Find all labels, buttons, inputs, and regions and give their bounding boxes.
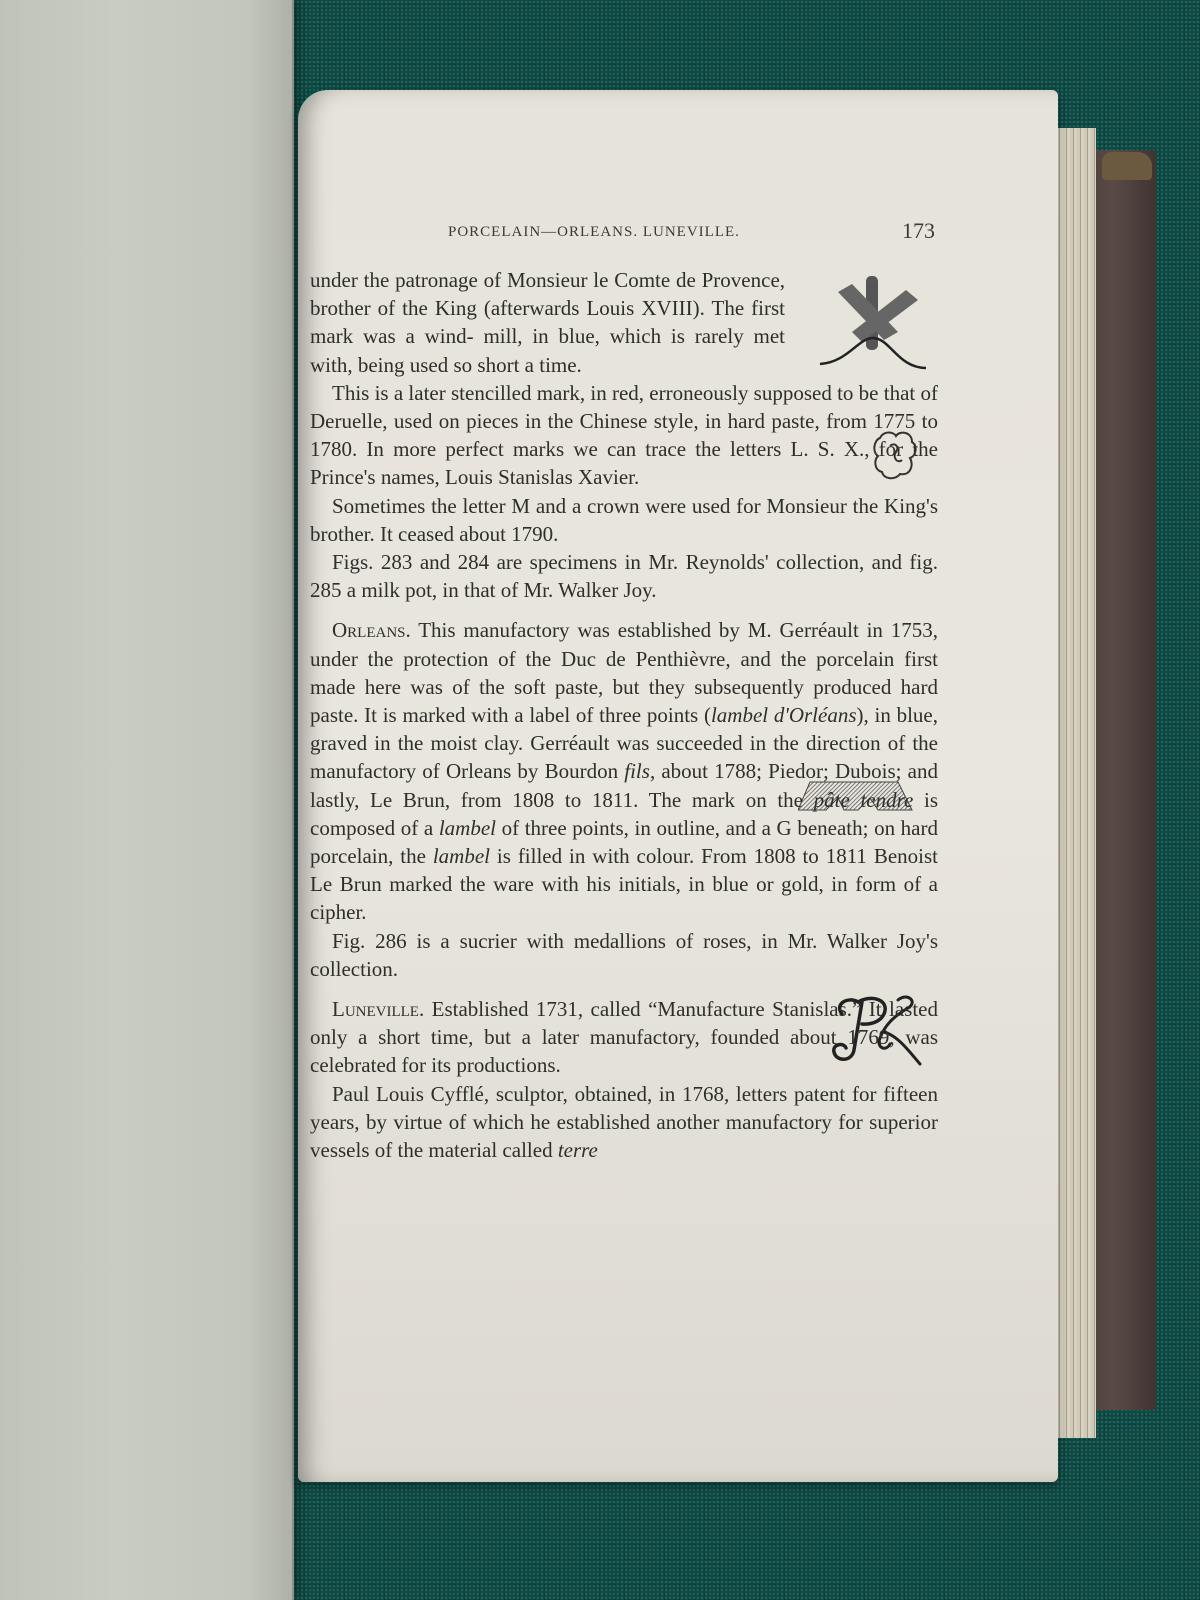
book-page: PORCELAIN—ORLEANS. LUNEVILLE. 173 under … xyxy=(298,90,1058,1482)
paragraph-windmill: under the patronage of Monsieur le Comte… xyxy=(310,266,785,379)
page-number: 173 xyxy=(902,218,935,244)
body-text: under the patronage of Monsieur le Comte… xyxy=(310,266,938,1164)
section-heading-luneville: Luneville. xyxy=(332,997,424,1021)
section-heading-orleans: Orleans. xyxy=(332,618,411,642)
paragraph-orleans: Orleans. This manufactory was establishe… xyxy=(310,616,938,926)
paragraph-cyffle: Paul Louis Cyfflé, sculptor, obtained, i… xyxy=(310,1080,938,1165)
page-stack-edges xyxy=(1056,128,1096,1438)
paragraph-fig-286: Fig. 286 is a sucrier with medallions of… xyxy=(310,927,938,983)
paragraph-luneville: Luneville. Established 1731, called “Man… xyxy=(310,995,938,1080)
paragraph-stencilled-mark: This is a later stencilled mark, in red,… xyxy=(310,379,938,492)
worn-cover-corner xyxy=(1102,152,1152,180)
running-head: PORCELAIN—ORLEANS. LUNEVILLE. xyxy=(448,224,740,241)
facing-left-page xyxy=(0,0,294,1600)
paragraph-crown-mark: Sometimes the letter M and a crown were … xyxy=(310,492,938,548)
paragraph-figs-283-284: Figs. 283 and 284 are specimens in Mr. R… xyxy=(310,548,938,604)
book-cover-edge xyxy=(1086,150,1156,1410)
